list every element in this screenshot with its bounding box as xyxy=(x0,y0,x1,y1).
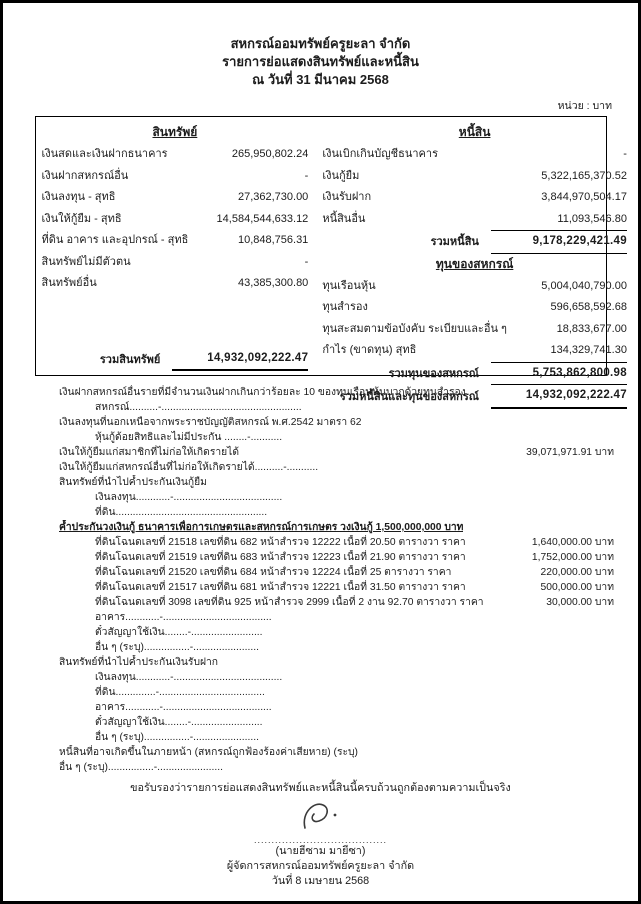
note-text: ที่ดินโฉนดเลขที่ 21518 เลขที่ดิน 682 หน้… xyxy=(95,535,466,550)
liabilities-total-label: รวมหนี้สิน xyxy=(322,232,491,254)
note-amount: 1,752,000.00 บาท xyxy=(524,550,614,565)
row-amount: 11,093,546.80 xyxy=(507,209,627,231)
note-text: ค้ำประกันวงเงินกู้ ธนาคารเพื่อการเกษตรแล… xyxy=(59,520,463,535)
row-amount: 596,658,592.68 xyxy=(507,297,627,319)
note-line: อาคาร............-......................… xyxy=(59,700,614,715)
note-text: อื่น ๆ (ระบุ)................-..........… xyxy=(59,760,223,775)
note-text: อาคาร............-......................… xyxy=(95,610,272,625)
asset-row: ที่ดิน อาคาร และอุปกรณ์ - สุทธิ10,848,75… xyxy=(42,230,309,252)
note-line: อื่น ๆ (ระบุ)................-..........… xyxy=(59,640,614,655)
note-text: ที่ดินโฉนดเลขที่ 3098 เลขที่ดิน 925 หน้า… xyxy=(95,595,484,610)
note-line: อื่น ๆ (ระบุ)................-..........… xyxy=(59,730,614,745)
signature-glyph xyxy=(295,798,347,836)
equity-total-row: รวมทุนของสหกรณ์ 5,753,862,800.98 xyxy=(322,362,627,386)
note-text: อื่น ๆ (ระบุ)................-..........… xyxy=(95,640,259,655)
note-text: หนี้สินที่อาจเกิดขึ้นในภายหน้า (สหกรณ์ถู… xyxy=(59,745,358,760)
balance-table: สินทรัพย์ เงินสดและเงินฝากธนาคาร265,950,… xyxy=(35,116,607,376)
signature-date: วันที่ 8 เมษายน 2568 xyxy=(3,874,638,889)
row-label: เงินรับฝาก xyxy=(322,187,507,209)
signature-image xyxy=(3,798,638,836)
note-line: ตั๋วสัญญาใช้เงิน........-...............… xyxy=(59,715,614,730)
unit-label: หน่วย : บาท xyxy=(3,97,638,114)
note-text: เงินลงทุนที่นอกเหนือจากพระราชบัญญัติสหกร… xyxy=(59,415,361,430)
grand-total-amount: 14,932,092,222.47 xyxy=(491,385,627,409)
note-line: สินทรัพย์ที่นำไปค้ำประกันเงินรับฝาก xyxy=(59,655,614,670)
equity-heading: ทุนของสหกรณ์ xyxy=(322,254,627,274)
equity-row: กำไร (ขาดทุน) สุทธิ134,329,741.30 xyxy=(322,340,627,362)
notes-section: เงินฝากสหกรณ์อื่นรายที่มีจำนวนเงินฝากเกิ… xyxy=(3,385,638,775)
note-line: ค้ำประกันวงเงินกู้ ธนาคารเพื่อการเกษตรแล… xyxy=(59,520,614,535)
assets-total-row: รวมสินทรัพย์ 14,932,092,222.47 xyxy=(42,348,309,372)
note-text: เงินให้กู้ยืมแก่สหกรณ์อื่นที่ไม่ก่อให้เก… xyxy=(59,460,318,475)
row-amount: 3,844,970,504.17 xyxy=(507,187,627,209)
row-label: สินทรัพย์อื่น xyxy=(42,273,189,295)
row-amount: 5,004,040,790.00 xyxy=(507,276,627,298)
note-text: ที่ดิน..................................… xyxy=(95,505,267,520)
note-text: ตั๋วสัญญาใช้เงิน........-...............… xyxy=(95,625,263,640)
certification-text: ขอรับรองว่ารายการย่อแสดงสินทรัพย์และหนี้… xyxy=(3,781,638,796)
row-label: ทุนสะสมตามข้อบังคับ ระเบียบและอื่น ๆ xyxy=(322,319,507,341)
asset-row: เงินสดและเงินฝากธนาคาร265,950,802.24 xyxy=(42,144,309,166)
note-text: ที่ดินโฉนดเลขที่ 21520 เลขที่ดิน 684 หน้… xyxy=(95,565,451,580)
equity-total-amount: 5,753,862,800.98 xyxy=(491,362,627,386)
liability-row: เงินรับฝาก3,844,970,504.17 xyxy=(322,187,627,209)
liability-row: หนี้สินอื่น11,093,546.80 xyxy=(322,209,627,231)
equity-row: ทุนสะสมตามข้อบังคับ ระเบียบและอื่น ๆ18,8… xyxy=(322,319,627,341)
row-label: เงินให้กู้ยืม - สุทธิ xyxy=(42,209,189,231)
note-line: เงินลงทุน............-..................… xyxy=(59,490,614,505)
asset-row: สินทรัพย์ไม่มีตัวตน- xyxy=(42,252,309,274)
note-text: เงินฝากสหกรณ์อื่นรายที่มีจำนวนเงินฝากเกิ… xyxy=(59,385,466,400)
note-text: เงินลงทุน............-..................… xyxy=(95,490,282,505)
signer-title: ผู้จัดการสหกรณ์ออมทรัพย์ครูยะลา จำกัด xyxy=(3,859,638,874)
assets-column: สินทรัพย์ เงินสดและเงินฝากธนาคาร265,950,… xyxy=(42,122,315,371)
equity-total-label: รวมทุนของสหกรณ์ xyxy=(322,364,491,386)
equity-rows: ทุนเรือนหุ้น5,004,040,790.00ทุนสำรอง596,… xyxy=(322,276,627,362)
row-label: ที่ดิน อาคาร และอุปกรณ์ - สุทธิ xyxy=(42,230,189,252)
liability-row: เงินกู้ยืม5,322,165,370.52 xyxy=(322,166,627,188)
note-line: เงินลงทุน............-..................… xyxy=(59,670,614,685)
as-of-date: ณ วันที่ 31 มีนาคม 2568 xyxy=(3,71,638,89)
note-line: หนี้สินที่อาจเกิดขึ้นในภายหน้า (สหกรณ์ถู… xyxy=(59,745,614,760)
note-amount: 500,000.00 บาท xyxy=(532,580,614,595)
row-amount: 134,329,741.30 xyxy=(507,340,627,362)
row-label: กำไร (ขาดทุน) สุทธิ xyxy=(322,340,507,362)
note-amount: 39,071,971.91 บาท xyxy=(518,445,614,460)
note-line: หุ้นกู้ด้อยสิทธิและไม่มีประกัน ........-… xyxy=(59,430,614,445)
footer-section: ขอรับรองว่ารายการย่อแสดงสินทรัพย์และหนี้… xyxy=(3,781,638,889)
row-label: เงินลงทุน - สุทธิ xyxy=(42,187,189,209)
note-line: เงินให้กู้ยืมแก่สมาชิกที่ไม่ก่อให้เกิดรา… xyxy=(59,445,614,460)
doc-title: รายการย่อแสดงสินทรัพย์และหนี้สิน xyxy=(3,53,638,71)
note-text: สินทรัพย์ที่นำไปค้ำประกันเงินรับฝาก xyxy=(59,655,218,670)
equity-row: ทุนสำรอง596,658,592.68 xyxy=(322,297,627,319)
note-line: ที่ดินโฉนดเลขที่ 21519 เลขที่ดิน 683 หน้… xyxy=(59,550,614,565)
assets-total-label: รวมสินทรัพย์ xyxy=(42,350,173,372)
note-text: ที่ดิน..............-...................… xyxy=(95,685,265,700)
row-label: ทุนสำรอง xyxy=(322,297,507,319)
row-amount: 14,584,544,633.12 xyxy=(188,209,308,231)
liabilities-total-amount: 9,178,229,421.49 xyxy=(491,230,627,254)
document-header: สหกรณ์ออมทรัพย์ครูยะลา จำกัด รายการย่อแส… xyxy=(3,35,638,89)
row-amount: 18,833,677.00 xyxy=(507,319,627,341)
note-text: อื่น ๆ (ระบุ)................-..........… xyxy=(95,730,259,745)
note-line: ตั๋วสัญญาใช้เงิน........-...............… xyxy=(59,625,614,640)
assets-total-amount: 14,932,092,222.47 xyxy=(172,348,308,372)
note-amount: 220,000.00 บาท xyxy=(532,565,614,580)
note-line: ที่ดินโฉนดเลขที่ 21520 เลขที่ดิน 684 หน้… xyxy=(59,565,614,580)
asset-row: เงินให้กู้ยืม - สุทธิ14,584,544,633.12 xyxy=(42,209,309,231)
note-text: หุ้นกู้ด้อยสิทธิและไม่มีประกัน ........-… xyxy=(95,430,282,445)
liabilities-rows: เงินเบิกเกินบัญชีธนาคาร-เงินกู้ยืม5,322,… xyxy=(322,144,627,230)
note-line: ที่ดิน..............-...................… xyxy=(59,685,614,700)
row-label: เงินเบิกเกินบัญชีธนาคาร xyxy=(322,144,507,166)
note-line: ที่ดิน..................................… xyxy=(59,505,614,520)
assets-heading: สินทรัพย์ xyxy=(42,122,309,142)
note-text: สหกรณ์..........-.......................… xyxy=(95,400,302,415)
asset-row: เงินลงทุน - สุทธิ27,362,730.00 xyxy=(42,187,309,209)
note-line: ที่ดินโฉนดเลขที่ 3098 เลขที่ดิน 925 หน้า… xyxy=(59,595,614,610)
row-amount: 265,950,802.24 xyxy=(188,144,308,166)
liabilities-column: หนี้สิน เงินเบิกเกินบัญชีธนาคาร-เงินกู้ย… xyxy=(314,122,627,371)
row-amount: - xyxy=(507,144,627,166)
row-amount: - xyxy=(188,166,308,188)
note-line: เงินให้กู้ยืมแก่สหกรณ์อื่นที่ไม่ก่อให้เก… xyxy=(59,460,614,475)
row-label: ทุนเรือนหุ้น xyxy=(322,276,507,298)
row-label: สินทรัพย์ไม่มีตัวตน xyxy=(42,252,189,274)
row-amount: 43,385,300.80 xyxy=(188,273,308,295)
note-line: อื่น ๆ (ระบุ)................-..........… xyxy=(59,760,614,775)
row-amount: 10,848,756.31 xyxy=(188,230,308,252)
note-line: ที่ดินโฉนดเลขที่ 21518 เลขที่ดิน 682 หน้… xyxy=(59,535,614,550)
document-page: สหกรณ์ออมทรัพย์ครูยะลา จำกัด รายการย่อแส… xyxy=(0,0,641,904)
signature-dots: ...................................... xyxy=(3,836,638,844)
note-amount: 1,640,000.00 บาท xyxy=(524,535,614,550)
note-line: สินทรัพย์ที่นำไปค้ำประกันเงินกู้ยืม xyxy=(59,475,614,490)
row-label: หนี้สินอื่น xyxy=(322,209,507,231)
liabilities-total-row: รวมหนี้สิน 9,178,229,421.49 xyxy=(322,230,627,254)
row-amount: 27,362,730.00 xyxy=(188,187,308,209)
liability-row: เงินเบิกเกินบัญชีธนาคาร- xyxy=(322,144,627,166)
org-name: สหกรณ์ออมทรัพย์ครูยะลา จำกัด xyxy=(3,35,638,53)
asset-row: เงินฝากสหกรณ์อื่น- xyxy=(42,166,309,188)
note-text: เงินให้กู้ยืมแก่สมาชิกที่ไม่ก่อให้เกิดรา… xyxy=(59,445,239,460)
row-label: เงินกู้ยืม xyxy=(322,166,507,188)
row-label: เงินสดและเงินฝากธนาคาร xyxy=(42,144,189,166)
asset-row: สินทรัพย์อื่น43,385,300.80 xyxy=(42,273,309,295)
note-amount: 30,000.00 บาท xyxy=(538,595,614,610)
note-text: ที่ดินโฉนดเลขที่ 21517 เลขที่ดิน 681 หน้… xyxy=(95,580,466,595)
row-label: เงินฝากสหกรณ์อื่น xyxy=(42,166,189,188)
liabilities-heading: หนี้สิน xyxy=(322,122,627,142)
assets-rows: เงินสดและเงินฝากธนาคาร265,950,802.24เงิน… xyxy=(42,144,309,295)
note-text: ที่ดินโฉนดเลขที่ 21519 เลขที่ดิน 683 หน้… xyxy=(95,550,466,565)
row-amount: 5,322,165,370.52 xyxy=(507,166,627,188)
note-text: เงินลงทุน............-..................… xyxy=(95,670,282,685)
note-line: อาคาร............-......................… xyxy=(59,610,614,625)
note-text: ตั๋วสัญญาใช้เงิน........-...............… xyxy=(95,715,263,730)
note-text: สินทรัพย์ที่นำไปค้ำประกันเงินกู้ยืม xyxy=(59,475,207,490)
note-line: ที่ดินโฉนดเลขที่ 21517 เลขที่ดิน 681 หน้… xyxy=(59,580,614,595)
signer-name: (นายฮีซาม มายีซา) xyxy=(3,844,638,859)
equity-row: ทุนเรือนหุ้น5,004,040,790.00 xyxy=(322,276,627,298)
note-line: เงินลงทุนที่นอกเหนือจากพระราชบัญญัติสหกร… xyxy=(59,415,614,430)
row-amount: - xyxy=(188,252,308,274)
note-text: อาคาร............-......................… xyxy=(95,700,272,715)
